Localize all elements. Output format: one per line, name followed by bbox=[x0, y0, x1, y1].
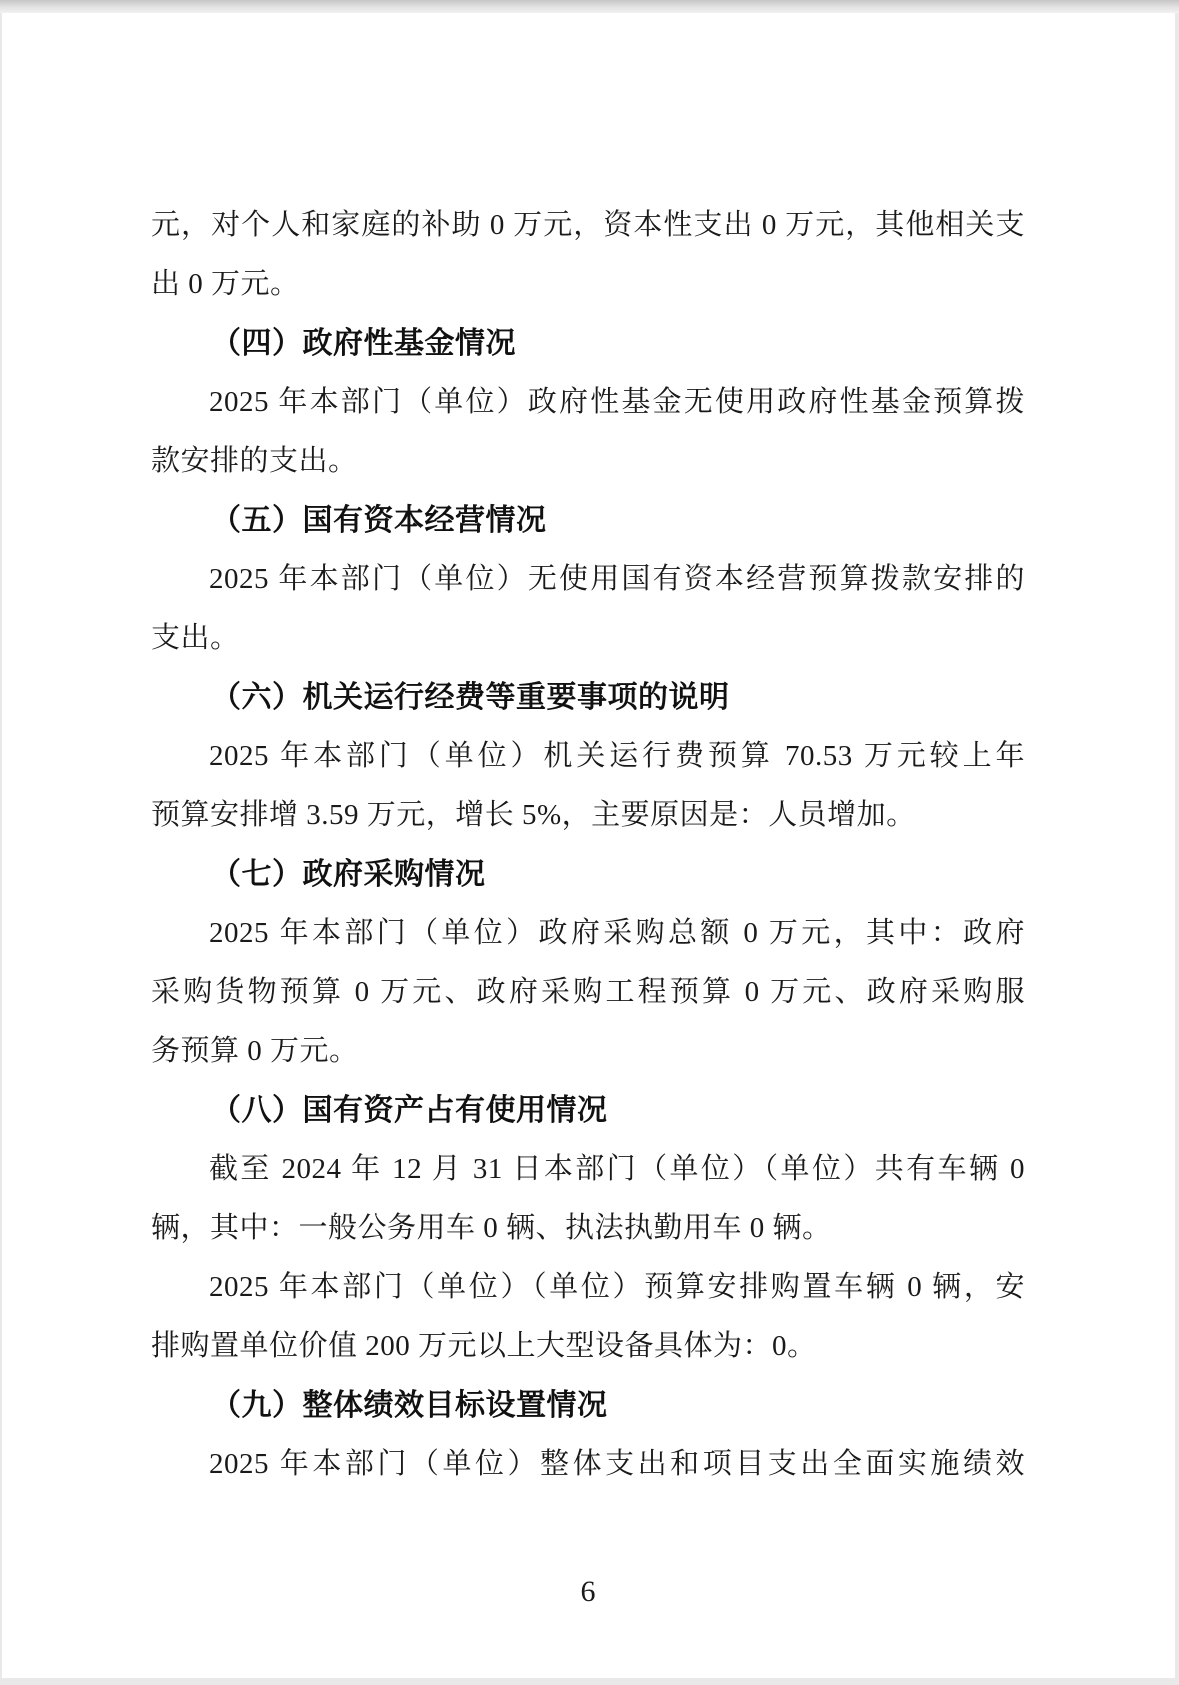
section-heading: （六）机关运行经费等重要事项的说明 bbox=[151, 668, 1025, 727]
section-heading: （八）国有资产占有使用情况 bbox=[151, 1081, 1025, 1140]
text-line: 款安排的支出。 bbox=[151, 432, 1025, 491]
section-heading: （四）政府性基金情况 bbox=[151, 314, 1025, 373]
section-heading: （五）国有资本经营情况 bbox=[151, 491, 1025, 550]
page-number: 6 bbox=[151, 1562, 1025, 1621]
text-line: 预算安排增 3.59 万元，增长 5%，主要原因是：人员增加。 bbox=[151, 786, 1025, 845]
text-line: 2025 年本部门（单位）政府采购总额 0 万元，其中：政府 bbox=[151, 904, 1025, 963]
text-line: 2025 年本部门（单位）整体支出和项目支出全面实施绩效 bbox=[151, 1435, 1025, 1494]
text-line: 截至 2024 年 12 月 31 日本部门（单位）（单位）共有车辆 0 bbox=[151, 1140, 1025, 1199]
text-line: 2025 年本部门（单位）无使用国有资本经营预算拨款安排的 bbox=[151, 550, 1025, 609]
text-block: 元，对个人和家庭的补助 0 万元，资本性支出 0 万元，其他相关支 出 0 万元… bbox=[151, 196, 1025, 1494]
section-heading: （九）整体绩效目标设置情况 bbox=[151, 1376, 1025, 1435]
section-heading: （七）政府采购情况 bbox=[151, 845, 1025, 904]
text-line: 出 0 万元。 bbox=[151, 255, 1025, 314]
text-line: 务预算 0 万元。 bbox=[151, 1022, 1025, 1081]
document-viewport: { "document": { "lines": [ "元，对个人和家庭的补助 … bbox=[0, 0, 1179, 1685]
text-line: 元，对个人和家庭的补助 0 万元，资本性支出 0 万元，其他相关支 bbox=[151, 196, 1025, 255]
text-line: 辆，其中：一般公务用车 0 辆、执法执勤用车 0 辆。 bbox=[151, 1199, 1025, 1258]
text-line: 采购货物预算 0 万元、政府采购工程预算 0 万元、政府采购服 bbox=[151, 963, 1025, 1022]
text-line: 2025 年本部门（单位）（单位）预算安排购置车辆 0 辆，安 bbox=[151, 1258, 1025, 1317]
page-top-edge bbox=[0, 0, 1179, 13]
text-line: 2025 年本部门（单位）政府性基金无使用政府性基金预算拨 bbox=[151, 373, 1025, 432]
text-line: 排购置单位价值 200 万元以上大型设备具体为：0。 bbox=[151, 1317, 1025, 1376]
text-line: 支出。 bbox=[151, 609, 1025, 668]
document-page: 元，对个人和家庭的补助 0 万元，资本性支出 0 万元，其他相关支 出 0 万元… bbox=[2, 13, 1175, 1678]
text-line: 2025 年本部门（单位）机关运行费预算 70.53 万元较上年 bbox=[151, 727, 1025, 786]
